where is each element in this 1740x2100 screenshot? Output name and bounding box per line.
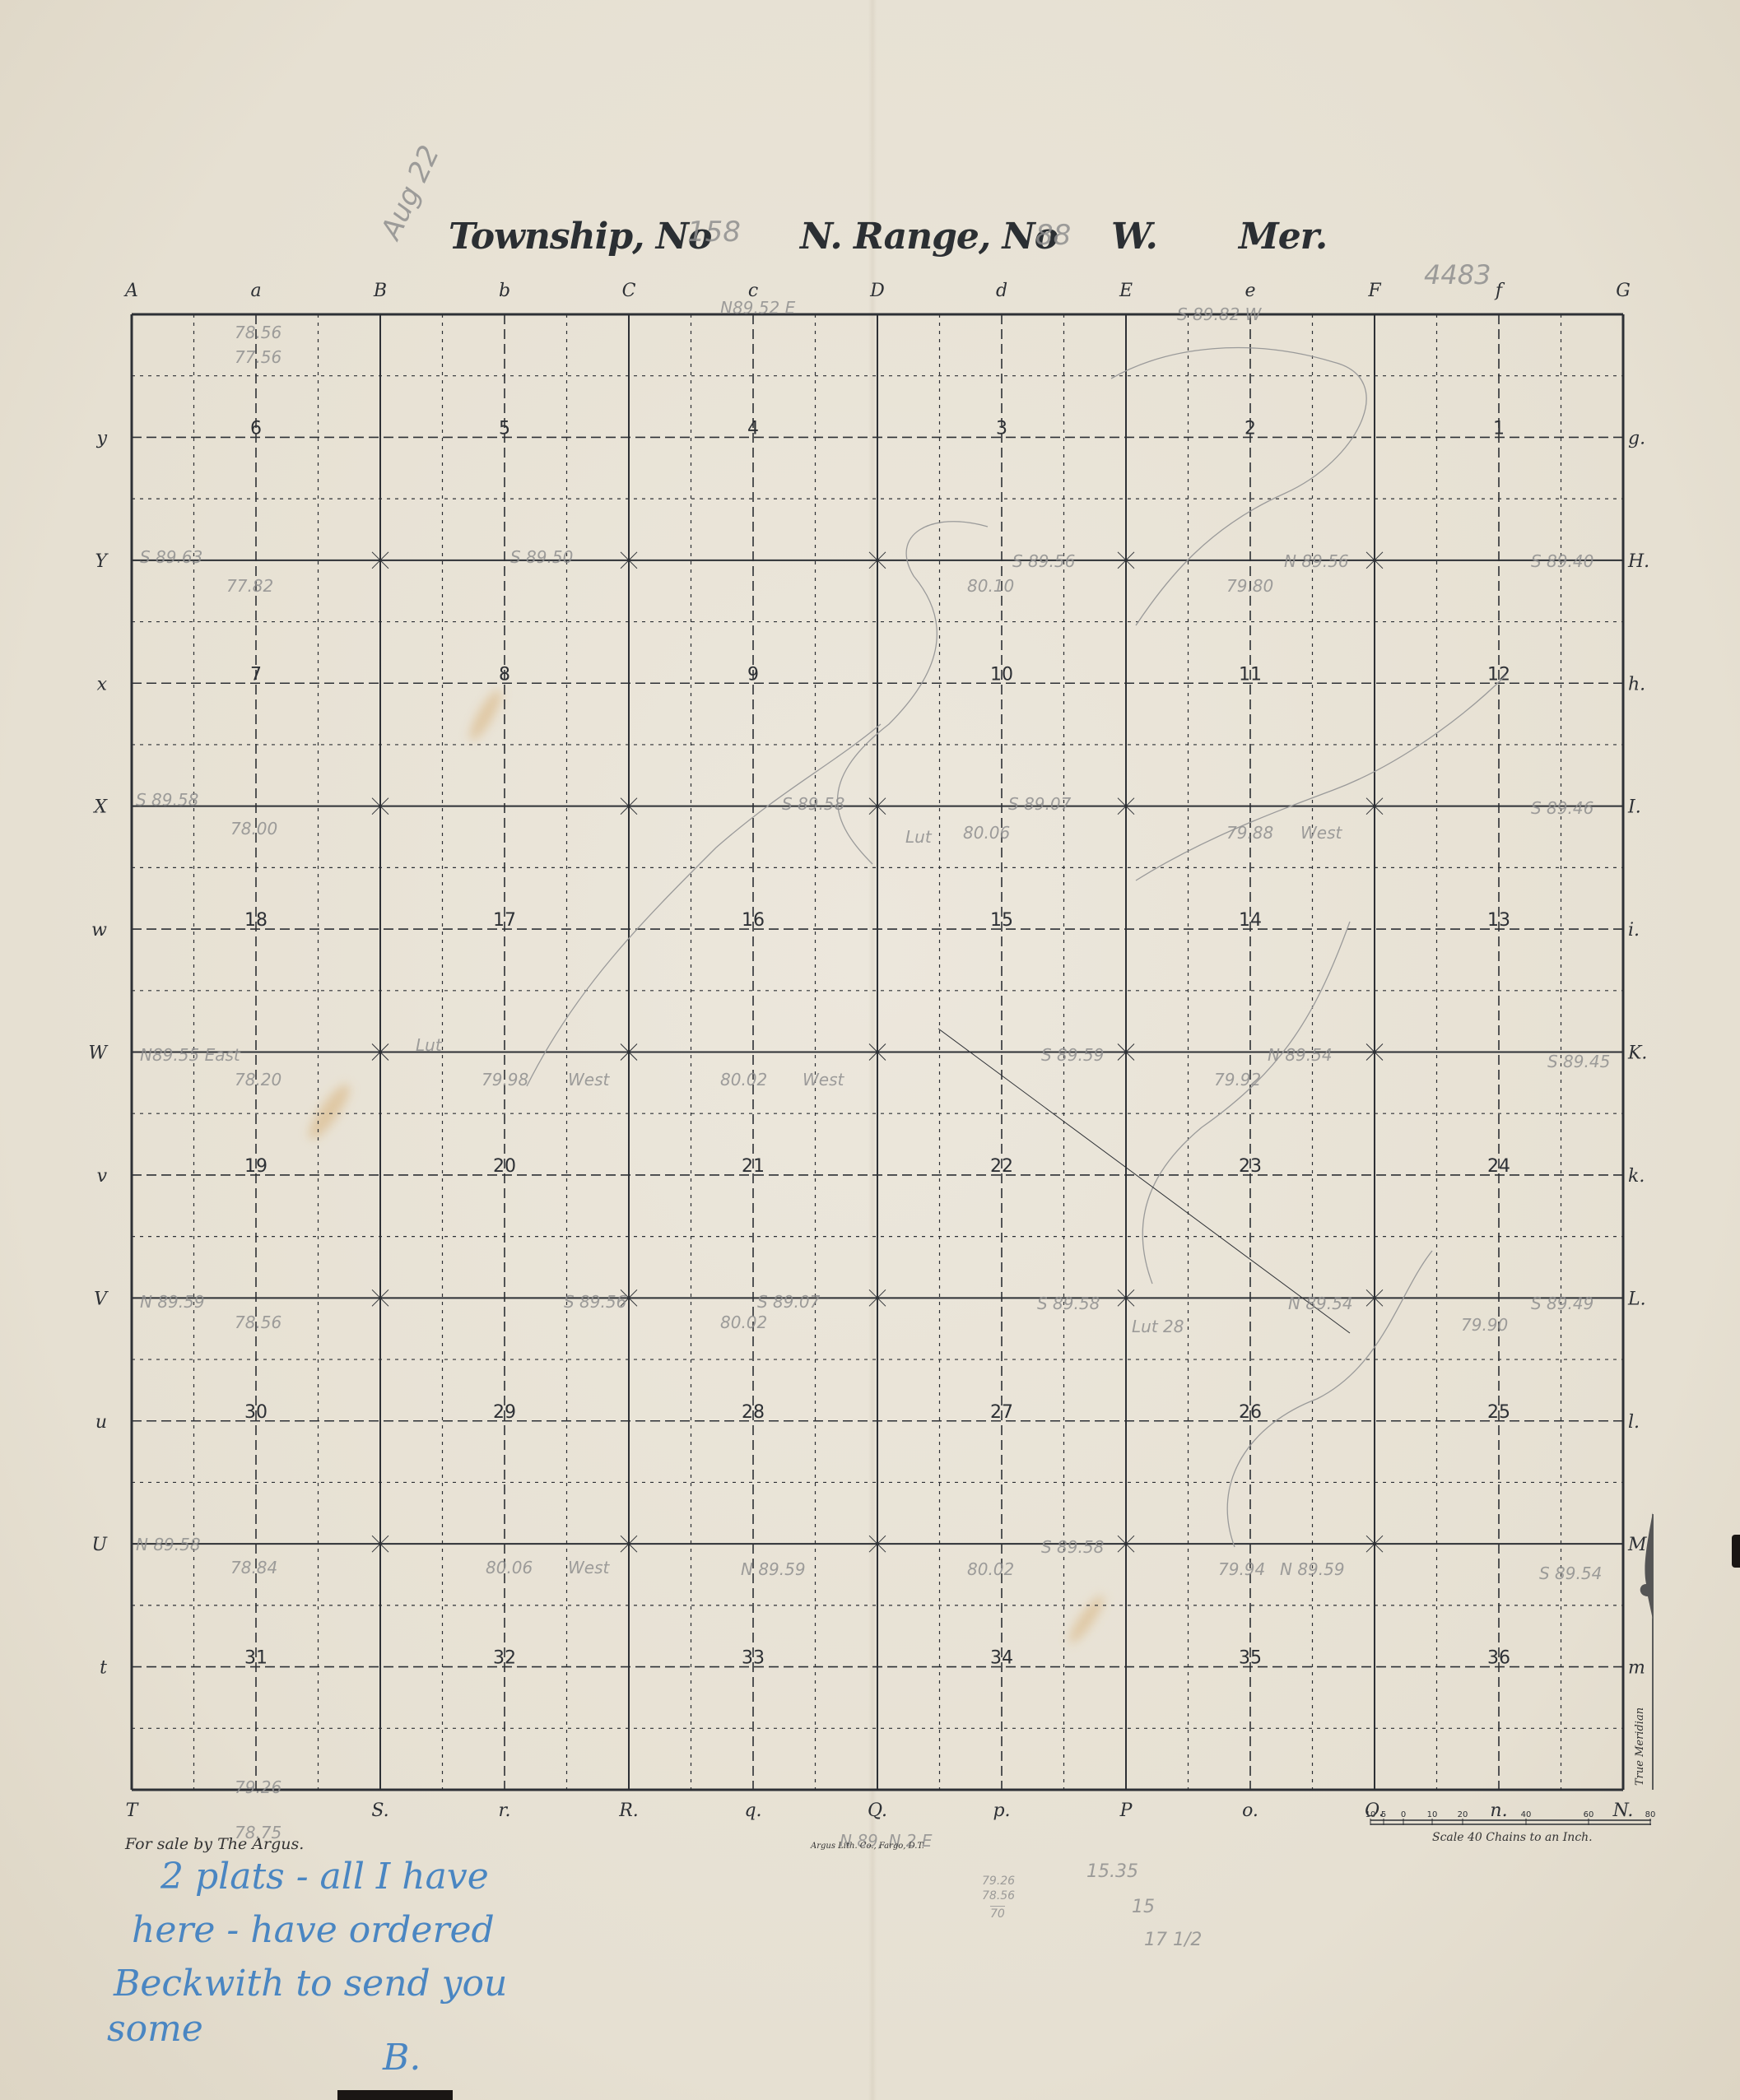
bottom-label: o. bbox=[1242, 1800, 1258, 1821]
pencil-diagonal bbox=[938, 1029, 1350, 1333]
scale-tick: 0 bbox=[1401, 1810, 1406, 1819]
section-number: 2 bbox=[1245, 418, 1256, 439]
handwritten-note-line-4: some bbox=[107, 2008, 203, 2050]
pencil-note: S 89.07 bbox=[757, 1292, 820, 1312]
top-label: D bbox=[869, 281, 885, 301]
left-label: X bbox=[92, 797, 108, 818]
pencil-note: Lut bbox=[905, 827, 932, 847]
pencil-note: 80.10 bbox=[967, 576, 1014, 596]
section-number: 25 bbox=[1487, 1402, 1510, 1423]
pencil-note: S 89.07 bbox=[1008, 794, 1071, 814]
left-label: W bbox=[88, 1043, 109, 1064]
top-label: A bbox=[123, 281, 138, 301]
right-label: i. bbox=[1628, 920, 1640, 941]
section-number: 16 bbox=[742, 910, 765, 931]
pencil-note: S 89.63 bbox=[140, 547, 202, 567]
bottom-label: T bbox=[126, 1800, 140, 1821]
section-number: 33 bbox=[742, 1648, 765, 1669]
section-number: 35 bbox=[1239, 1648, 1262, 1669]
pencil-note: N 89.58 bbox=[136, 1535, 201, 1554]
pencil-note: N89.55 East bbox=[140, 1045, 240, 1065]
scale-tick: 80 bbox=[1645, 1810, 1656, 1819]
pencil-note: S 89.49 bbox=[1531, 1294, 1593, 1313]
true-meridian-label: True Meridian bbox=[1634, 1707, 1646, 1786]
section-number: 31 bbox=[244, 1648, 268, 1669]
bottom-label: p. bbox=[993, 1800, 1010, 1821]
pencil-note: S 89.58 bbox=[1041, 1537, 1104, 1557]
right-label: k. bbox=[1628, 1166, 1645, 1187]
bottom-label: P bbox=[1119, 1800, 1133, 1821]
pencil-note: 78.00 bbox=[230, 819, 277, 839]
left-label: w bbox=[91, 920, 107, 941]
pencil-note: 77.56 bbox=[235, 347, 281, 367]
top-label: B bbox=[373, 281, 387, 301]
left-label: Y bbox=[95, 551, 109, 572]
pencil-note: S 89.82 W bbox=[1177, 304, 1261, 324]
pencil-note: 77.82 bbox=[226, 576, 273, 596]
pencil-note: N 89.56 bbox=[1284, 551, 1349, 571]
pencil-note: 79.26 bbox=[235, 1777, 281, 1797]
pencil-note: Lut 28 bbox=[1132, 1317, 1184, 1336]
creek-line bbox=[527, 724, 881, 1086]
section-number: 10 bbox=[990, 664, 1013, 685]
calc-line-2: 78.56 bbox=[982, 1889, 1015, 1903]
pencil-note: 78.56 bbox=[235, 1312, 281, 1332]
scale-tick: 60 bbox=[1584, 1810, 1594, 1819]
pencil-note: 80.02 bbox=[720, 1312, 767, 1332]
north-arrow-icon bbox=[1640, 1512, 1653, 1619]
pencil-note: 80.06 bbox=[963, 823, 1010, 843]
scale-tick: 40 bbox=[1521, 1810, 1532, 1819]
section-number: 23 bbox=[1239, 1156, 1262, 1177]
section-number: 11 bbox=[1239, 664, 1262, 685]
pencil-note: S 89.40 bbox=[1531, 551, 1593, 571]
pencil-note: S 89.59 bbox=[1041, 1045, 1104, 1065]
creek-line bbox=[838, 522, 989, 864]
creek-line bbox=[1136, 675, 1506, 880]
pencil-note: S 89.54 bbox=[1539, 1563, 1602, 1583]
pencil-note: S 89.46 bbox=[1531, 798, 1593, 818]
pencil-note: West bbox=[1300, 823, 1342, 843]
pencil-note: S 89.56 bbox=[564, 1292, 626, 1312]
handwritten-note-line-1: 2 plats - all I have bbox=[161, 1856, 489, 1898]
side-calc-3: 17 1/2 bbox=[1144, 1930, 1202, 1950]
right-label: I. bbox=[1627, 797, 1641, 818]
pencil-note: 80.02 bbox=[967, 1559, 1014, 1579]
section-number: 6 bbox=[250, 418, 262, 439]
section-number: 7 bbox=[250, 664, 262, 685]
left-label: t bbox=[100, 1658, 107, 1679]
section-number: 9 bbox=[747, 664, 759, 685]
calc-line-3: 70 bbox=[990, 1906, 1005, 1921]
section-number: 3 bbox=[996, 418, 1007, 439]
top-label: E bbox=[1119, 281, 1133, 301]
left-label: y bbox=[96, 428, 108, 448]
side-calc-1: 15.35 bbox=[1086, 1861, 1138, 1882]
right-label: h. bbox=[1628, 674, 1645, 695]
pencil-note: 79.98 bbox=[482, 1070, 528, 1089]
section-number: 1 bbox=[1493, 418, 1505, 439]
top-label: b bbox=[499, 281, 510, 301]
section-number: 17 bbox=[493, 910, 516, 931]
section-number: 28 bbox=[742, 1402, 765, 1423]
section-number: 30 bbox=[244, 1402, 268, 1423]
pencil-note: 80.06 bbox=[486, 1558, 533, 1577]
left-label: x bbox=[97, 674, 108, 695]
bottom-label: q. bbox=[744, 1800, 761, 1821]
pencil-note: N 89.54 bbox=[1268, 1045, 1333, 1065]
section-number: 5 bbox=[499, 418, 510, 439]
pencil-note: S 89.56 bbox=[1012, 551, 1075, 571]
handwritten-signature: B. bbox=[383, 2037, 421, 2079]
pencil-note: 79.88 bbox=[1226, 823, 1273, 843]
pencil-note: West bbox=[803, 1070, 844, 1089]
pencil-note: S 89.45 bbox=[1547, 1052, 1610, 1071]
for-sale-text: For sale by The Argus. bbox=[125, 1835, 304, 1853]
bottom-label: n. bbox=[1490, 1800, 1507, 1821]
pencil-note: N89.52 E bbox=[720, 298, 795, 318]
left-label: V bbox=[94, 1289, 109, 1309]
pencil-note: N 89.54 bbox=[1288, 1294, 1353, 1313]
side-calc-2: 15 bbox=[1132, 1897, 1155, 1917]
section-number: 13 bbox=[1487, 910, 1510, 931]
section-number: 34 bbox=[990, 1648, 1013, 1669]
pencil-note: S 89.58 bbox=[782, 794, 844, 814]
left-label: v bbox=[97, 1166, 108, 1187]
calc-line-1: 79.26 bbox=[982, 1875, 1015, 1888]
pencil-note: 79.92 bbox=[1214, 1070, 1261, 1089]
pencil-note: S 89.58 bbox=[1037, 1294, 1100, 1313]
section-number: 29 bbox=[493, 1402, 516, 1423]
section-number: 18 bbox=[244, 910, 268, 931]
pencil-note: S 89.50 bbox=[510, 547, 573, 567]
pencil-note: 79.90 bbox=[1461, 1315, 1508, 1335]
pencil-note: 78.84 bbox=[230, 1558, 277, 1577]
pencil-note: N 89.59 bbox=[741, 1559, 806, 1579]
section-number: 24 bbox=[1487, 1156, 1510, 1177]
bottom-label: r. bbox=[498, 1800, 510, 1821]
section-number: 4 bbox=[747, 418, 759, 439]
section-number: 15 bbox=[990, 910, 1013, 931]
section-number: 20 bbox=[493, 1156, 516, 1177]
scale-tick: 10 bbox=[1427, 1810, 1438, 1819]
right-label: K. bbox=[1627, 1043, 1647, 1064]
section-number: 36 bbox=[1487, 1648, 1510, 1669]
creek-line bbox=[1142, 922, 1350, 1284]
top-label: a bbox=[250, 281, 261, 301]
publisher-text: Argus Lith. Co., Fargo, D.T. bbox=[811, 1842, 924, 1851]
top-label: f bbox=[1494, 281, 1505, 301]
right-label: l. bbox=[1628, 1412, 1640, 1433]
top-label: C bbox=[622, 281, 636, 301]
top-label: F bbox=[1367, 281, 1381, 301]
scale-label: Scale 40 Chains to an Inch. bbox=[1432, 1831, 1593, 1844]
handwritten-note-line-3: Beckwith to send you bbox=[114, 1963, 507, 2005]
right-label: H. bbox=[1627, 551, 1649, 572]
bottom-label: Q. bbox=[868, 1800, 887, 1821]
pencil-note: 78.56 bbox=[235, 323, 281, 342]
pencil-note: West bbox=[568, 1558, 609, 1577]
scale-tick: 20 bbox=[1458, 1810, 1468, 1819]
scale-tick: 5 bbox=[1381, 1810, 1386, 1819]
pencil-note: N 89.59 bbox=[140, 1292, 205, 1312]
top-label: d bbox=[996, 281, 1007, 301]
pencil-note: 78.20 bbox=[235, 1070, 281, 1089]
pencil-note: 80.02 bbox=[720, 1070, 767, 1089]
right-label: m bbox=[1628, 1658, 1645, 1679]
pencil-note: 79.94 bbox=[1218, 1559, 1265, 1579]
pencil-note: 79.80 bbox=[1226, 576, 1273, 596]
section-number: 27 bbox=[990, 1402, 1013, 1423]
pencil-note: S 89.58 bbox=[136, 790, 198, 810]
left-label: U bbox=[91, 1535, 108, 1555]
right-label: L. bbox=[1627, 1289, 1646, 1309]
right-label: g. bbox=[1628, 428, 1645, 448]
bottom-label: S. bbox=[371, 1800, 388, 1821]
section-number: 8 bbox=[499, 664, 510, 685]
pencil-note: Lut bbox=[416, 1035, 442, 1055]
section-number: 21 bbox=[742, 1156, 765, 1177]
pencil-note: N 89.59 bbox=[1280, 1559, 1345, 1579]
scale-tick: 10 bbox=[1365, 1810, 1376, 1819]
section-number: 19 bbox=[244, 1156, 268, 1177]
top-label: e bbox=[1245, 281, 1255, 301]
section-number: 22 bbox=[990, 1156, 1013, 1177]
top-label: G bbox=[1616, 281, 1631, 301]
section-number: 14 bbox=[1239, 910, 1262, 931]
section-number: 32 bbox=[493, 1648, 516, 1669]
bottom-label: N. bbox=[1612, 1800, 1634, 1821]
pencil-note: West bbox=[568, 1070, 609, 1089]
section-number: 26 bbox=[1239, 1402, 1262, 1423]
bottom-label: R. bbox=[618, 1800, 639, 1821]
handwritten-note-line-2: here - have ordered bbox=[132, 1909, 495, 1951]
left-label: u bbox=[95, 1412, 107, 1433]
